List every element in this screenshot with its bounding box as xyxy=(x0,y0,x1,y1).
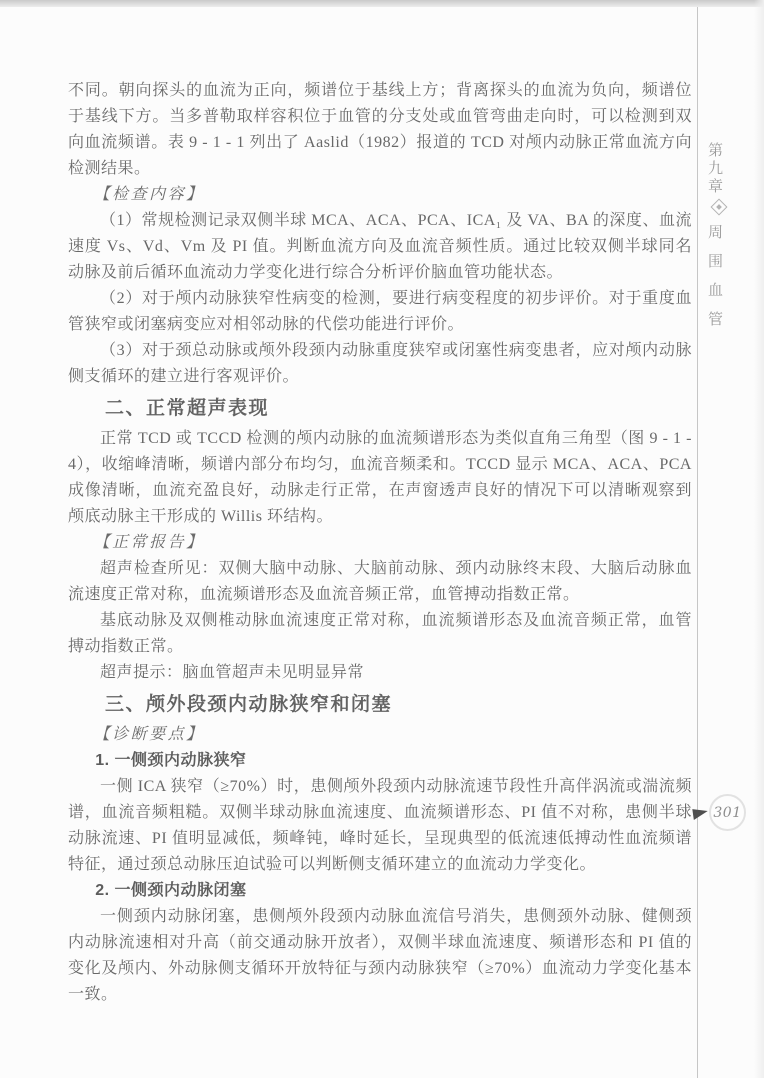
paragraph-ultrasound-tip: 超声提示：脑血管超声未见明显异常 xyxy=(68,660,692,686)
page-number: 301 xyxy=(713,805,741,821)
page-content: 不同。朝向探头的血流为正向，频谱位于基线上方；背离探头的血流为负向，频谱位于基线… xyxy=(68,78,692,1008)
subheading-unilateral-ica-occlusion: 2. 一侧颈内动脉闭塞 xyxy=(68,878,692,904)
paragraph-ica-stenosis-detail: 一侧 ICA 狭窄（≥70%）时，患侧颅外段颈内动脉流速节段性升高伴涡流或湍流频… xyxy=(68,774,692,878)
paragraph-report-findings-1: 超声检查所见：双侧大脑中动脉、大脑前动脉、颈内动脉终末段、大脑后动脉血流速度正常… xyxy=(68,556,692,608)
paragraph-flow-direction: 不同。朝向探头的血流为正向，频谱位于基线上方；背离探头的血流为负向，频谱位于基线… xyxy=(68,78,692,182)
bracket-heading-diagnosis-points: 【诊断要点】 xyxy=(68,722,692,748)
sidebar-section-label: 周围血管 xyxy=(704,224,725,340)
book-page: 不同。朝向探头的血流为正向，频谱位于基线上方；背离探头的血流为负向，频谱位于基线… xyxy=(0,0,764,1078)
sidebar-chapter-label: 第九章 xyxy=(704,142,725,196)
page-marker-arrow-icon xyxy=(692,807,708,820)
diamond-icon-dot xyxy=(716,204,722,210)
page-right-edge-shade xyxy=(754,0,764,1078)
paragraph-exam-item-3: （3）对于颈总动脉或颅外段颈内动脉重度狭窄或闭塞性病变患者，应对颅内动脉侧支循环… xyxy=(68,338,692,390)
paragraph-exam-item-1: （1）常规检测记录双侧半球 MCA、ACA、PCA、ICA₁ 及 VA、BA 的… xyxy=(68,208,692,286)
bracket-heading-normal-report: 【正常报告】 xyxy=(68,530,692,556)
paragraph-report-findings-2: 基底动脉及双侧椎动脉血流速度正常对称，血流频谱形态及血流音频正常，血管搏动指数正… xyxy=(68,608,692,660)
section-heading-ica-stenosis-occlusion: 三、颅外段颈内动脉狭窄和闭塞 xyxy=(68,692,692,718)
page-top-edge xyxy=(0,0,764,7)
diamond-icon xyxy=(711,199,728,216)
section-heading-normal-ultrasound: 二、正常超声表现 xyxy=(68,396,692,422)
sidebar-divider-line xyxy=(697,7,698,1078)
subheading-unilateral-ica-stenosis: 1. 一侧颈内动脉狭窄 xyxy=(68,748,692,774)
paragraph-exam-item-2: （2）对于颅内动脉狭窄性病变的检测，要进行病变程度的初步评价。对于重度血管狭窄或… xyxy=(68,286,692,338)
paragraph-normal-findings: 正常 TCD 或 TCCD 检测的颅内动脉的血流频谱形态为类似直角三角型（图 9… xyxy=(68,426,692,530)
paragraph-ica-occlusion-detail: 一侧颈内动脉闭塞，患侧颅外段颈内动脉血流信号消失，患侧颈外动脉、健侧颈内动脉流速… xyxy=(68,904,692,1008)
bracket-heading-exam-content: 【检查内容】 xyxy=(68,182,692,208)
page-number-badge: 301 xyxy=(709,794,746,831)
